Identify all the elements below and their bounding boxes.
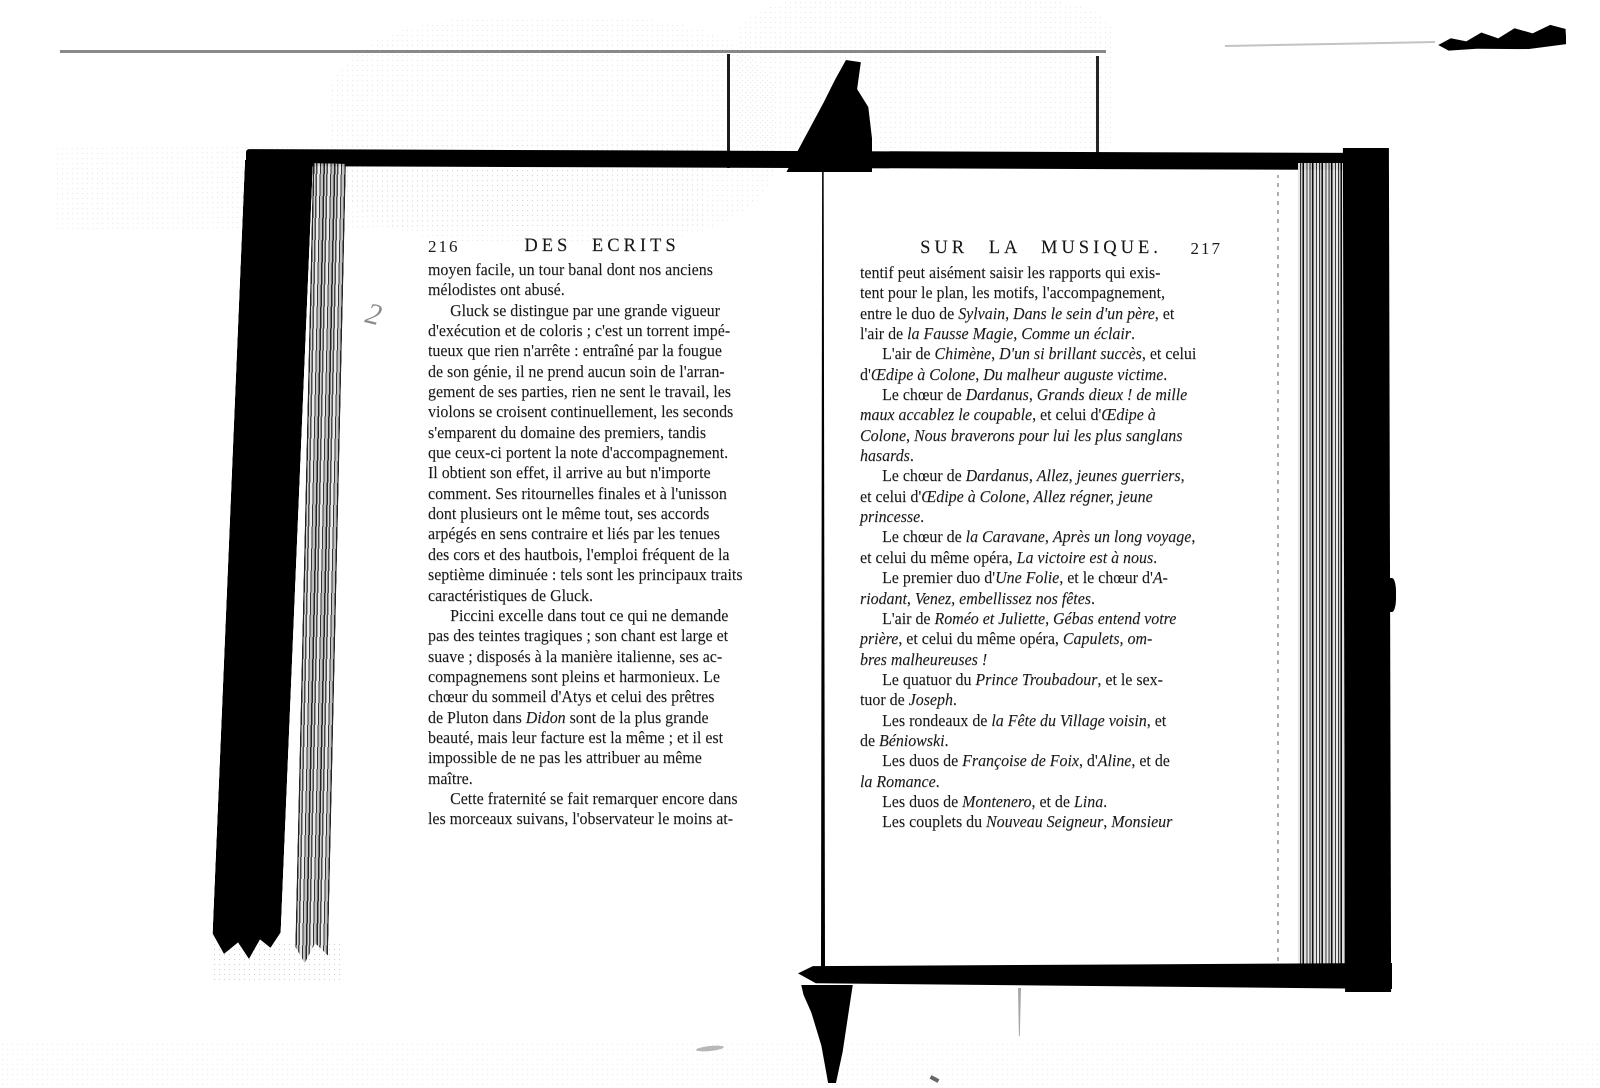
text-line: et celui d'Œdipe à Colone, Allez régner,… [860, 487, 1196, 507]
left-page-header: 216 DES ECRITS [426, 236, 778, 257]
italic-title-segment: Sylvain [958, 304, 1005, 323]
text-line: L'air de Chimène, D'un si brillant succè… [860, 344, 1196, 364]
text-segment: Il obtient son effet, il arrive au but n… [428, 463, 711, 482]
italic-title-segment: Gébas entend votre [1053, 609, 1176, 628]
text-segment: , [1029, 466, 1037, 485]
text-segment: pas des teintes tragiques ; son chant es… [428, 626, 728, 645]
italic-title-segment: bres malheureuses ! [860, 650, 987, 669]
italic-title-segment: A- [1153, 568, 1168, 587]
text-line: Le chœur de la Caravane, Après un long v… [860, 527, 1196, 547]
text-segment: arpégés en sens contraire et liés par le… [428, 524, 720, 543]
text-line: maître. [428, 769, 743, 789]
text-segment: , et le sex- [1097, 670, 1162, 689]
italic-title-segment: Œdipe à Colone [921, 487, 1025, 506]
text-line: prière, et celui du même opéra, Capulets… [860, 629, 1196, 649]
text-segment: , d' [1079, 751, 1098, 770]
italic-title-segment: Dardanus [966, 385, 1029, 404]
text-segment: . [1091, 589, 1095, 608]
text-line: s'emparent du domaine des premiers, tand… [428, 423, 743, 443]
book-bottom-edge [798, 963, 1392, 989]
italic-title-segment: la Fausse Magie [907, 324, 1013, 343]
left-running-title: DES ECRITS [426, 236, 778, 257]
text-line: riodant, Venez, embellissez nos fêtes. [860, 589, 1196, 609]
text-segment: suave ; disposés à la manière italienne,… [428, 647, 722, 666]
text-line: pas des teintes tragiques ; son chant es… [428, 626, 743, 646]
text-line: impossible de ne pas les attribuer au mê… [428, 748, 743, 768]
text-segment: chœur du sommeil d'Atys et celui des prê… [428, 687, 714, 706]
text-line: que ceux-ci portent la note d'accompagne… [428, 443, 743, 463]
text-segment: Le chœur de [882, 385, 966, 404]
text-line: tent pour le plan, les motifs, l'accompa… [860, 283, 1196, 303]
text-line: chœur du sommeil d'Atys et celui des prê… [428, 687, 743, 707]
scan-noise-bottom [0, 1042, 1600, 1088]
text-segment: L'air de [882, 609, 934, 628]
italic-title-segment: Allez, jeunes guerriers [1037, 466, 1181, 485]
italic-title-segment: Comme un éclair [1021, 324, 1131, 343]
text-segment: et celui du même opéra, [860, 548, 1017, 567]
italic-title-segment: Lina [1074, 792, 1103, 811]
text-line: Les couplets du Nouveau Seigneur, Monsie… [860, 812, 1196, 832]
text-segment: comment. Ses ritournelles finales et à l… [428, 484, 727, 503]
italic-title-segment: Prince Troubadour [975, 670, 1097, 689]
text-segment: entre le duo de [860, 304, 958, 323]
text-segment: . [920, 507, 924, 526]
text-segment: sont de la plus grande [566, 708, 709, 727]
text-line: d'Œdipe à Colone, Du malheur auguste vic… [860, 365, 1196, 385]
text-line: tueux que rien n'arrête : entraîné par l… [428, 341, 743, 361]
text-segment: compagnemens sont pleins et harmonieux. … [428, 667, 720, 686]
text-line: maux accablez le coupable, et celui d'Œd… [860, 405, 1196, 425]
ink-drip-mark [1018, 988, 1021, 1036]
text-segment: . [1163, 365, 1167, 384]
text-segment: moyen facile, un tour banal dont nos anc… [428, 260, 713, 279]
italic-title-segment: Œdipe à [1101, 405, 1155, 424]
text-segment: tueux que rien n'arrête : entraîné par l… [428, 341, 722, 360]
right-page-header: SUR LA MUSIQUE. 217 [858, 238, 1224, 259]
text-segment: d'exécution et de coloris ; c'est un tor… [428, 321, 730, 340]
italic-title-segment: D'un si brillant succès [999, 344, 1142, 363]
scan-corner-mark [1438, 22, 1567, 52]
italic-title-segment: Didon [526, 708, 566, 727]
text-segment: gement de ses parties, rien ne sent le t… [428, 382, 731, 401]
text-line: de Béniowski. [860, 731, 1196, 751]
italic-title-segment: Joseph [909, 690, 953, 709]
scan-hairline-top-right [1225, 41, 1435, 47]
text-segment: . [910, 446, 914, 465]
book-scan: 2 216 DES ECRITS moyen facile, un tour b… [0, 0, 1600, 1088]
text-segment: , [1045, 527, 1053, 546]
italic-title-segment: la Romance [860, 772, 936, 791]
text-line: de son génie, il ne prend aucun soin de … [428, 362, 743, 382]
italic-title-segment: Du malheur auguste victime [983, 365, 1163, 384]
text-segment: Gluck se distingue par une grande vigueu… [450, 301, 720, 320]
text-segment: Les duos de [882, 792, 962, 811]
text-segment: , et le chœur d' [1059, 568, 1153, 587]
text-segment: que ceux-ci portent la note d'accompagne… [428, 443, 728, 462]
italic-title-segment: Dans le sein d'un père [1013, 304, 1155, 323]
italic-title-segment: Colone [860, 426, 906, 445]
italic-title-segment: Capulets, om- [1063, 629, 1152, 648]
text-line: et celui du même opéra, La victoire est … [860, 548, 1196, 568]
text-segment: , [1103, 812, 1111, 831]
text-segment: , [1191, 527, 1195, 546]
scan-hairline-top [60, 50, 1106, 53]
text-line: tuor de Joseph. [860, 690, 1196, 710]
italic-title-segment: maux accablez le coupable [860, 405, 1032, 424]
text-line: princesse. [860, 507, 1196, 527]
text-line: d'exécution et de coloris ; c'est un tor… [428, 321, 743, 341]
italic-title-segment: Roméo et Juliette [934, 609, 1045, 628]
text-line: Le quatuor du Prince Troubadour, et le s… [860, 670, 1196, 690]
page-crease-right [1277, 175, 1279, 970]
italic-title-segment: Après un long voyage [1053, 527, 1191, 546]
text-segment: Piccini excelle dans tout ce qui ne dema… [450, 606, 728, 625]
text-segment: de Pluton dans [428, 708, 526, 727]
right-page-number: 217 [1191, 239, 1223, 259]
scan-noise-top-center [738, 0, 1113, 172]
text-segment: des cors et des hautbois, l'emploi fréqu… [428, 545, 729, 564]
text-line: violons se croisent continuellement, les… [428, 402, 743, 422]
text-line: gement de ses parties, rien ne sent le t… [428, 382, 743, 402]
text-segment: Les couplets du [882, 812, 986, 831]
text-segment: , [907, 589, 915, 608]
italic-title-segment: princesse [860, 507, 920, 526]
italic-title-segment: Une Folie [995, 568, 1059, 587]
text-segment: , et celui d' [1032, 405, 1101, 424]
text-segment: , et de [1131, 751, 1169, 770]
text-line: Il obtient son effet, il arrive au but n… [428, 463, 743, 483]
text-segment: beauté, mais leur facture est la même ; … [428, 728, 723, 747]
text-line: des cors et des hautbois, l'emploi fréqu… [428, 545, 743, 565]
right-running-title: SUR LA MUSIQUE. [858, 238, 1224, 259]
italic-title-segment: la Fête du Village voisin [991, 711, 1146, 730]
left-page-number: 216 [428, 237, 460, 257]
text-line: Les rondeaux de la Fête du Village voisi… [860, 711, 1196, 731]
text-segment: Le quatuor du [882, 670, 975, 689]
text-line: les morceaux suivans, l'observateur le m… [428, 809, 743, 829]
text-line: Le premier duo d'Une Folie, et le chœur … [860, 568, 1196, 588]
text-line: l'air de la Fausse Magie, Comme un éclai… [860, 324, 1196, 344]
italic-title-segment: Monsieur [1111, 812, 1172, 831]
italic-title-segment: Françoise de Foix [962, 751, 1079, 770]
text-segment: Le chœur de [882, 466, 966, 485]
text-line: caractéristiques de Gluck. [428, 586, 743, 606]
text-segment: s'emparent du domaine des premiers, tand… [428, 423, 706, 442]
text-segment: , [1029, 385, 1037, 404]
text-segment: , et celui [1142, 344, 1196, 363]
book-gutter-shadow [821, 166, 825, 968]
text-segment: dont plusieurs ont le même tout, ses acc… [428, 504, 709, 523]
handwritten-mark: 2 [362, 297, 385, 334]
italic-title-segment: la Caravane [966, 527, 1045, 546]
text-segment: , et de [1031, 792, 1073, 811]
text-line: mélodistes ont abusé. [428, 280, 743, 300]
text-line: Piccini excelle dans tout ce qui ne dema… [428, 606, 743, 626]
italic-title-segment: Nouveau Seigneur [986, 812, 1103, 831]
text-line: Le chœur de Dardanus, Allez, jeunes guer… [860, 466, 1196, 486]
italic-title-segment: Dardanus [966, 466, 1029, 485]
text-line: bres malheureuses ! [860, 650, 1196, 670]
italic-title-segment: Nous braverons pour lui les plus sanglan… [914, 426, 1182, 445]
text-segment: Les rondeaux de [882, 711, 991, 730]
text-segment: L'air de [882, 344, 934, 363]
text-segment: mélodistes ont abusé. [428, 280, 565, 299]
text-line: Les duos de Montenero, et de Lina. [860, 792, 1196, 812]
text-line: arpégés en sens contraire et liés par le… [428, 524, 743, 544]
text-line: de Pluton dans Didon sont de la plus gra… [428, 708, 743, 728]
text-segment: et celui d' [860, 487, 921, 506]
italic-title-segment: prière [860, 629, 898, 648]
italic-title-segment: Chimène [934, 344, 991, 363]
text-line: Gluck se distingue par une grande vigueu… [428, 301, 743, 321]
text-segment: , [1181, 466, 1185, 485]
text-segment: tent pour le plan, les motifs, l'accompa… [860, 283, 1165, 302]
text-segment: . [1103, 792, 1107, 811]
text-line: dont plusieurs ont le même tout, ses acc… [428, 504, 743, 524]
text-line: Cette fraternité se fait remarquer encor… [428, 789, 743, 809]
italic-title-segment: Venez, embellissez nos fêtes [915, 589, 1091, 608]
text-segment: Cette fraternité se fait remarquer encor… [450, 789, 737, 808]
page-edge-texture-right [1298, 163, 1346, 985]
text-segment: maître. [428, 769, 473, 788]
italic-title-segment: Grands dieux ! de mille [1037, 385, 1187, 404]
text-segment: Le chœur de [882, 527, 966, 546]
italic-title-segment: Aline [1098, 751, 1132, 770]
text-line: suave ; disposés à la manière italienne,… [428, 647, 743, 667]
right-page-text: tentif peut aisément saisir les rapports… [860, 263, 1196, 833]
text-segment: , et [1147, 711, 1166, 730]
text-segment: tuor de [860, 690, 909, 709]
text-segment: . [936, 772, 940, 791]
text-segment: de son génie, il ne prend aucun soin de … [428, 362, 725, 381]
text-line: septième diminuée : tels sont les princi… [428, 565, 743, 585]
text-segment: septième diminuée : tels sont les princi… [428, 565, 743, 584]
italic-title-segment: Béniowski [879, 731, 944, 750]
italic-title-segment: Œdipe à Colone [871, 365, 975, 384]
text-segment: violons se croisent continuellement, les… [428, 402, 733, 421]
text-segment: , [1026, 487, 1034, 506]
text-line: beauté, mais leur facture est la même ; … [428, 728, 743, 748]
text-segment: tentif peut aisément saisir les rapports… [860, 263, 1160, 282]
text-segment: impossible de ne pas les attribuer au mê… [428, 748, 702, 767]
italic-title-segment: Montenero [962, 792, 1031, 811]
italic-title-segment: hasards [860, 446, 910, 465]
text-line: Les duos de Françoise de Foix, d'Aline, … [860, 751, 1196, 771]
text-segment: . [1153, 548, 1157, 567]
italic-title-segment: La victoire est à nous [1017, 548, 1154, 567]
text-segment: l'air de [860, 324, 907, 343]
text-segment: , et [1155, 304, 1174, 323]
book-cover-edge-right [1343, 148, 1391, 992]
text-segment: , [1045, 609, 1053, 628]
text-segment: . [953, 690, 957, 709]
text-segment: , [1013, 324, 1021, 343]
text-line: compagnemens sont pleins et harmonieux. … [428, 667, 743, 687]
text-line: entre le duo de Sylvain, Dans le sein d'… [860, 304, 1196, 324]
text-segment: de [860, 731, 879, 750]
text-line: Colone, Nous braverons pour lui les plus… [860, 426, 1196, 446]
book-cover-bump-right [1386, 578, 1396, 612]
text-line: L'air de Roméo et Juliette, Gébas entend… [860, 609, 1196, 629]
text-line: tentif peut aisément saisir les rapports… [860, 263, 1196, 283]
italic-title-segment: Allez régner, jeune [1034, 487, 1153, 506]
left-page-text: moyen facile, un tour banal dont nos anc… [428, 260, 743, 830]
text-segment: . [1131, 324, 1135, 343]
text-segment: . [945, 731, 949, 750]
text-line: la Romance. [860, 772, 1196, 792]
text-segment: , [991, 344, 999, 363]
text-line: hasards. [860, 446, 1196, 466]
text-line: moyen facile, un tour banal dont nos anc… [428, 260, 743, 280]
text-segment: caractéristiques de Gluck. [428, 586, 593, 605]
text-line: comment. Ses ritournelles finales et à l… [428, 484, 743, 504]
italic-title-segment: riodant [860, 589, 907, 608]
text-segment: les morceaux suivans, l'observateur le m… [428, 809, 733, 828]
text-segment: d' [860, 365, 871, 384]
text-line: Le chœur de Dardanus, Grands dieux ! de … [860, 385, 1196, 405]
text-segment: Les duos de [882, 751, 962, 770]
text-segment: Le premier duo d' [882, 568, 995, 587]
text-segment: , et celui du même opéra, [898, 629, 1063, 648]
